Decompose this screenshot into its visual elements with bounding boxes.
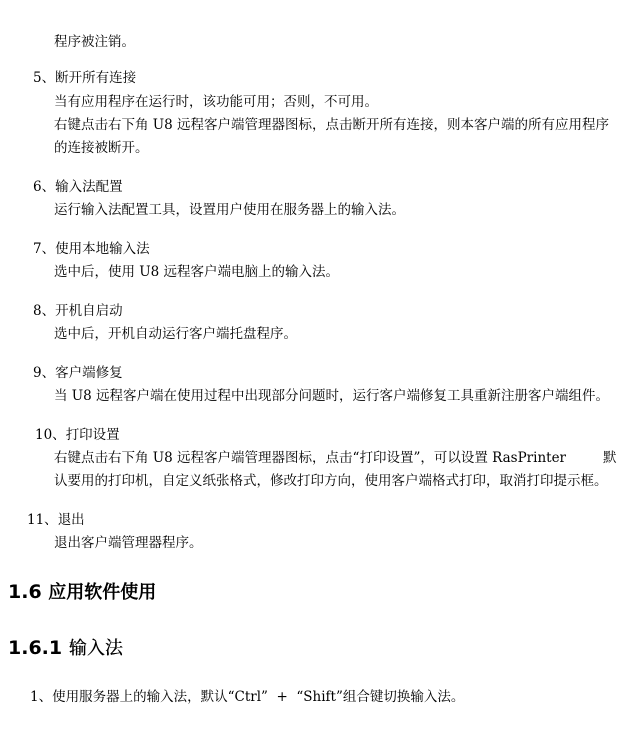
item-5-body-1: 当有应用程序在运行时，该功能可用；否则，不可用。 <box>54 93 378 111</box>
item-5-body-2: 右键点击右下角 U8 远程客户端管理器图标，点击断开所有连接，则本客户端的所有应… <box>54 116 609 134</box>
continuation-text: 程序被注销。 <box>54 33 135 51</box>
item-title: 断开所有连接 <box>55 70 136 86</box>
item-title: 开机自启动 <box>55 303 123 319</box>
item-title: 客户端修复 <box>55 365 123 381</box>
list-item-6-heading: 6、输入法配置 <box>33 178 123 196</box>
subsection-number: 1.6.1 <box>8 637 62 659</box>
item-11-body-1: 退出客户端管理器程序。 <box>54 534 203 552</box>
item-title: 输入法配置 <box>55 179 123 195</box>
item-6-body-1: 运行输入法配置工具，设置用户使用在服务器上的输入法。 <box>54 201 405 219</box>
list-item-7-heading: 7、使用本地输入法 <box>33 240 150 258</box>
section-title: 应用软件使用 <box>48 582 156 603</box>
item-title: 打印设置 <box>66 427 120 443</box>
item-number: 5、 <box>33 70 55 86</box>
item-number: 8、 <box>33 303 55 319</box>
item-number: 11、 <box>27 512 58 528</box>
section-number: 1.6 <box>8 581 42 603</box>
item-10-body-1-right: 默 <box>603 449 617 467</box>
list-item-11-heading: 11、退出 <box>27 511 85 529</box>
list-item-10-heading: 10、打印设置 <box>35 426 120 444</box>
item-number: 7、 <box>33 241 55 257</box>
subsection-heading: 1.6.1 输入法 <box>8 636 123 661</box>
list-item-8-heading: 8、开机自启动 <box>33 302 123 320</box>
list-item-9-heading: 9、客户端修复 <box>33 364 123 382</box>
item-number: 9、 <box>33 365 55 381</box>
item-number: 10、 <box>35 427 66 443</box>
item-5-body-3: 的连接被断开。 <box>54 139 149 157</box>
item-10-body-2: 认要用的打印机，自定义纸张格式，修改打印方向，使用客户端格式打印，取消打印提示框… <box>54 472 608 490</box>
section-heading: 1.6 应用软件使用 <box>8 580 156 605</box>
item-10-body-1-left: 右键点击右下角 U8 远程客户端管理器图标，点击“打印设置”，可以设置 RasP… <box>54 449 566 467</box>
subsection-title: 输入法 <box>69 638 123 659</box>
item-7-body-1: 选中后，使用 U8 远程客户端电脑上的输入法。 <box>54 263 339 281</box>
item-title: 退出 <box>58 512 85 528</box>
item-title: 使用本地输入法 <box>55 241 150 257</box>
item-number: 6、 <box>33 179 55 195</box>
sub-item-1: 1、使用服务器上的输入法，默认“Ctrl” + “Shift”组合键切换输入法。 <box>30 688 464 706</box>
item-8-body-1: 选中后，开机自动运行客户端托盘程序。 <box>54 325 297 343</box>
list-item-5-heading: 5、断开所有连接 <box>33 69 136 87</box>
item-9-body-1: 当 U8 远程客户端在使用过程中出现部分问题时，运行客户端修复工具重新注册客户端… <box>54 387 609 405</box>
